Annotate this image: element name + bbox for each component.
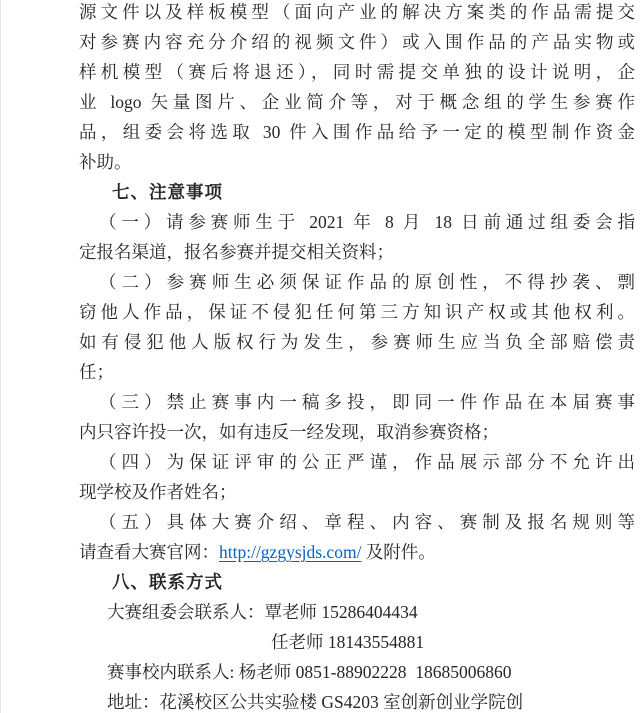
body-line: （二）参赛师生必须保证作品的原创性，不得抄袭、剽 bbox=[79, 267, 635, 297]
body-line: 内只容许投一次，如有违反一经发现，取消参赛资格； bbox=[79, 417, 635, 447]
text-segment: 请查看大赛官网： bbox=[79, 542, 219, 562]
text-segment: （三）禁止赛事内一稿多投，即同一件作品在本届赛事 bbox=[99, 392, 635, 412]
text-segment: 源文件以及样板模型（面向产业的解决方案类的作品需提交 bbox=[79, 2, 635, 22]
text-segment: 任老师 18143554881 bbox=[271, 632, 424, 652]
text-segment: （一）请参赛师生于 2021 年 8 月 18 日前通过组委会指 bbox=[99, 212, 635, 232]
contact-line-address: 地址：花溪校区公共实验楼 GS4203 室创新创业学院创 bbox=[79, 687, 635, 713]
body-line: 定报名渠道，报名参赛并提交相关资料； bbox=[79, 237, 635, 267]
text-segment: 大赛组委会联系人：覃老师 15286404434 bbox=[107, 602, 418, 622]
body-line: （三）禁止赛事内一稿多投，即同一件作品在本届赛事 bbox=[79, 387, 635, 417]
text-segment: 七、注意事项 bbox=[112, 182, 223, 202]
text-segment: 及附件。 bbox=[361, 542, 435, 562]
body-line: 对参赛内容充分介绍的视频文件）或入围作品的产品实物或 bbox=[79, 27, 635, 57]
body-line: 窃他人作品，保证不侵犯任何第三方知识产权或其他权利。 bbox=[79, 297, 635, 327]
body-line: 样机模型（赛后将退还），同时需提交单独的设计说明，企 bbox=[79, 57, 635, 87]
body-line: （五）具体大赛介绍、章程、内容、赛制及报名规则等 bbox=[79, 507, 635, 537]
text-segment: 现学校及作者姓名； bbox=[79, 482, 237, 502]
official-website-link[interactable]: http://gzgysjds.com/ bbox=[219, 542, 361, 562]
body-line: 品，组委会将选取 30 件入围作品给予一定的模型制作资金 bbox=[79, 117, 635, 147]
text-segment: 如有侵犯他人版权行为发生，参赛师生应当负全部赔偿责 bbox=[79, 332, 635, 352]
text-segment: （四）为保证评审的公正严谨，作品展示部分不允许出 bbox=[99, 452, 635, 472]
page-edge-line bbox=[0, 0, 1, 713]
text-segment: 对参赛内容充分介绍的视频文件）或入围作品的产品实物或 bbox=[79, 32, 635, 52]
body-line: 如有侵犯他人版权行为发生，参赛师生应当负全部赔偿责 bbox=[79, 327, 635, 357]
text-segment: （五）具体大赛介绍、章程、内容、赛制及报名规则等 bbox=[99, 512, 635, 532]
website-line: 请查看大赛官网：http://gzgysjds.com/ 及附件。 bbox=[79, 537, 635, 567]
document-page: 源文件以及样板模型（面向产业的解决方案类的作品需提交对参赛内容充分介绍的视频文件… bbox=[0, 0, 642, 713]
text-segment: 业 logo 矢量图片、企业简介等，对于概念组的学生参赛作 bbox=[79, 92, 635, 112]
contact-line-committee: 大赛组委会联系人：覃老师 15286404434 bbox=[79, 597, 635, 627]
body-line: 补助。 bbox=[79, 147, 635, 177]
body-line: （一）请参赛师生于 2021 年 8 月 18 日前通过组委会指 bbox=[79, 207, 635, 237]
body-line: 业 logo 矢量图片、企业简介等，对于概念组的学生参赛作 bbox=[79, 87, 635, 117]
text-segment: 品，组委会将选取 30 件入围作品给予一定的模型制作资金 bbox=[79, 122, 635, 142]
text-segment: （二）参赛师生必须保证作品的原创性，不得抄袭、剽 bbox=[99, 272, 635, 292]
body-line: （四）为保证评审的公正严谨，作品展示部分不允许出 bbox=[79, 447, 635, 477]
document-body: 源文件以及样板模型（面向产业的解决方案类的作品需提交对参赛内容充分介绍的视频文件… bbox=[79, 0, 635, 713]
contact-line-school: 赛事校内联系人: 杨老师 0851-88902228 18685006860 bbox=[79, 657, 635, 687]
body-line: 现学校及作者姓名； bbox=[79, 477, 635, 507]
text-segment: 定报名渠道，报名参赛并提交相关资料； bbox=[79, 242, 394, 262]
text-segment: 赛事校内联系人: 杨老师 0851-88902228 18685006860 bbox=[107, 662, 511, 682]
body-line: 任； bbox=[79, 357, 635, 387]
text-segment: 任； bbox=[79, 362, 114, 382]
body-line: 源文件以及样板模型（面向产业的解决方案类的作品需提交 bbox=[79, 0, 635, 27]
text-segment: 样机模型（赛后将退还），同时需提交单独的设计说明，企 bbox=[79, 62, 635, 82]
section-heading-notes: 七、注意事项 bbox=[79, 177, 635, 207]
text-segment: 内只容许投一次，如有违反一经发现，取消参赛资格； bbox=[79, 422, 499, 442]
text-segment: 补助。 bbox=[79, 152, 132, 172]
contact-line-committee-2: 任老师 18143554881 bbox=[79, 627, 635, 657]
section-heading-contact: 八、联系方式 bbox=[79, 567, 635, 597]
text-segment: 八、联系方式 bbox=[112, 572, 223, 592]
text-segment: 地址：花溪校区公共实验楼 GS4203 室创新创业学院创 bbox=[107, 692, 523, 712]
text-segment: 窃他人作品，保证不侵犯任何第三方知识产权或其他权利。 bbox=[79, 302, 635, 322]
